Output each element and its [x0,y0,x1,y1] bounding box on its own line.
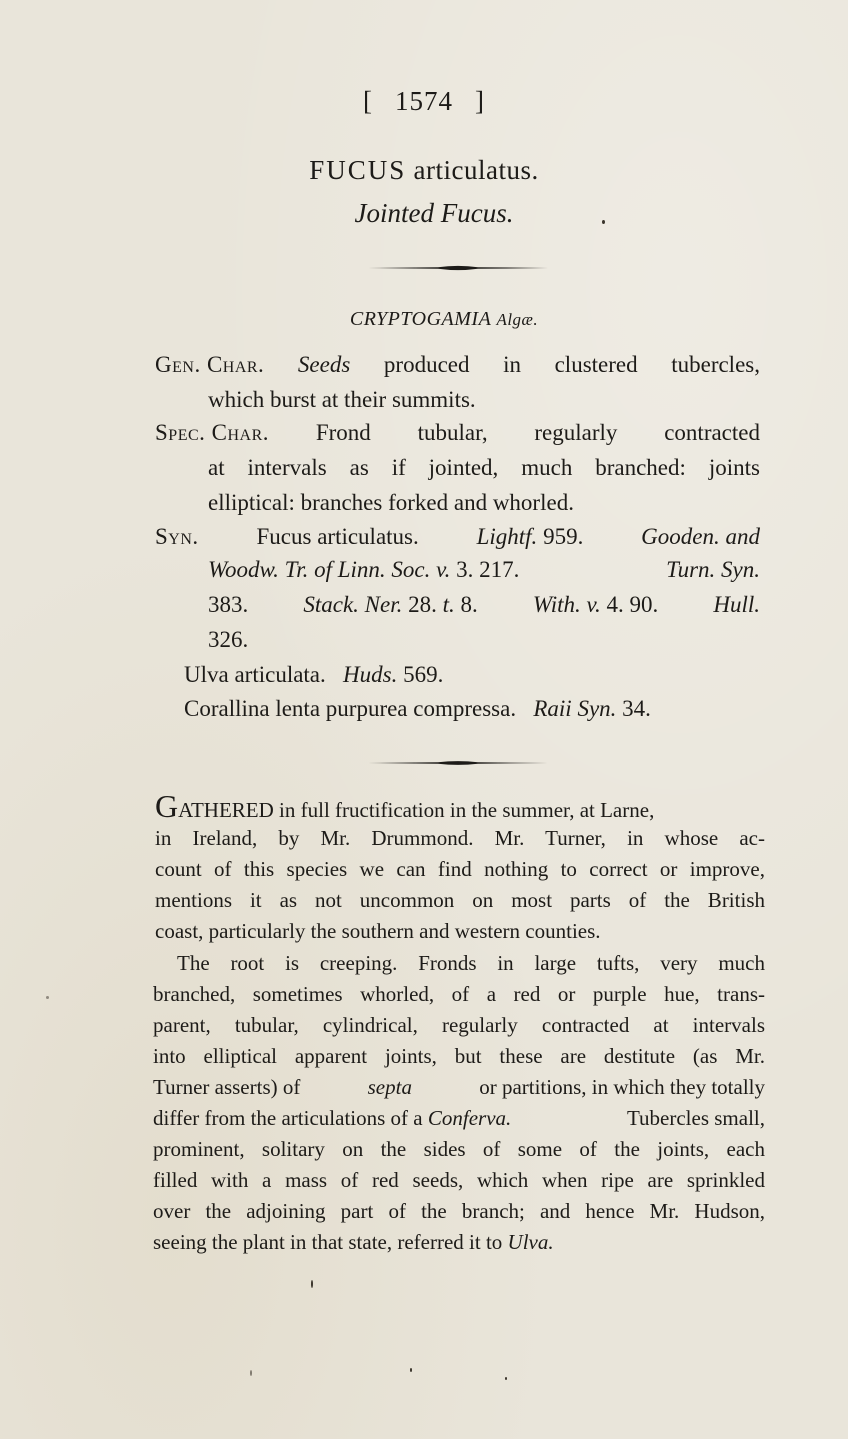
syn-label: Syn. [155,520,199,554]
reference-plate: t. [443,592,455,617]
text-word: Seeds [298,348,350,382]
description-paragraph-1-line-4: mentions it as not uncommon on most part… [155,888,765,913]
ornamental-rule-divider [368,758,548,768]
synonym-name: Ulva articulata. [184,662,326,687]
synonym-corallina: Corallina lenta purpurea compressa. Raii… [184,692,651,726]
reference-author: Lightf. [477,524,538,549]
description-paragraph-2-line-9: over the adjoining part of the branch; a… [153,1199,765,1224]
text-word: much [521,451,572,485]
reference-number: 569. [403,662,443,687]
drop-cap: G [155,788,178,824]
text-span: differ from the articulations of a [153,1106,423,1130]
text-word: contracted [664,416,760,450]
description-paragraph-1-line-5: coast, particularly the southern and wes… [155,919,601,944]
text-word: tubular, [418,416,488,450]
description-paragraph-2-line-10: seeing the plant in that state, referred… [153,1230,554,1255]
order-name: Algæ. [496,310,538,329]
reference-number: 383. [208,588,248,622]
gen-char-label: Gen. Char. [155,348,264,382]
paper-speck [410,1368,412,1372]
text-word: as [350,451,369,485]
text-word: in [503,348,521,382]
italic-term: Ulva. [508,1230,554,1254]
reference-number: 28. [408,592,437,617]
synonym-name: Corallina lenta purpurea compressa. [184,696,516,721]
text-word: tubercles, [671,348,760,382]
ornamental-rule-divider [368,263,548,273]
lead-word: ATHERED [178,798,274,822]
paper-speck [505,1377,507,1380]
description-paragraph-1-line-2: in Ireland, by Mr. Drummond. Mr. Turner,… [155,826,765,851]
description-paragraph-1-line-1: GATHERED in full fructification in the s… [155,790,654,823]
reference-number: 959. [543,524,583,549]
classification-line: CRYPTOGAMIA Algæ. [0,308,848,331]
reference-number: 34. [622,696,651,721]
italic-term: Conferva. [428,1106,511,1130]
reference-author: Gooden. and [641,520,760,554]
paper-speck [311,1280,313,1288]
page-number: [1574] [0,86,848,117]
page-number-value: 1574 [395,86,453,116]
description-paragraph-2-line-1: The root is creeping. Fronds in large tu… [177,951,765,976]
text-span: Turner asserts) of [153,1075,300,1100]
description-paragraph-2-line-4: into elliptical apparent joints, but the… [153,1044,765,1069]
text-word: regularly [534,416,617,450]
text-word: jointed, [429,451,499,485]
reference-number: 4. 90. [607,592,659,617]
italic-term: septa [368,1075,412,1100]
paper-speck [46,996,49,999]
text-word: clustered [555,348,638,382]
species-name: articulatus. [414,155,539,185]
bracket-open: [ [363,86,373,117]
synonym-line-4: 326. [208,623,248,657]
spec-char-label: Spec. Char. [155,416,269,450]
reference-author: Stack. Ner. [303,592,402,617]
text-word: produced [384,348,470,382]
paper-speck [250,1370,252,1376]
synonym-line-2: Woodw. Tr. of Linn. Soc. v. 3. 217. Turn… [208,553,760,587]
reference-author: Hull. [713,588,760,622]
synonym-ulva: Ulva articulata. Huds. 569. [184,658,443,692]
text-span: seeing the plant in that state, referred… [153,1230,502,1254]
common-name: Jointed Fucus. [0,198,848,229]
description-paragraph-1-line-3: count of this species we can find nothin… [155,857,765,882]
description-paragraph-2-line-3: parent, tubular, cylindrical, regularly … [153,1013,765,1038]
reference-author: Turn. Syn. [666,553,760,587]
text-line: in full fructification in the summer, at… [279,798,654,822]
genus-name: FUCUS [309,155,406,185]
description-paragraph-2-line-6: differ from the articulations of a Confe… [153,1106,765,1131]
text-word: joints [709,451,760,485]
description-paragraph-2-line-5: Turner asserts) of septa or partitions, … [153,1075,765,1100]
text-word: intervals [248,451,327,485]
class-name: CRYPTOGAMIA [350,308,491,330]
specific-character-line-1: Spec. Char. Frond tubular, regularly con… [155,416,760,450]
reference-author: With. v. [533,592,601,617]
text-word: branched: [595,451,686,485]
generic-character-line-2: which burst at their summits. [208,383,476,417]
specific-character-line-3: elliptical: branches forked and whorled. [208,486,574,520]
species-title: FUCUS articulatus. [0,155,848,186]
reference-author: Woodw. Tr. of Linn. Soc. v. [208,557,450,582]
synonym-line-3: 383. Stack. Ner. 28. t. 8. With. v. 4. 9… [208,588,760,622]
bracket-close: ] [475,86,485,117]
text-word: Frond [316,416,371,450]
text-word: at [208,451,225,485]
paper-speck [602,220,605,224]
synonym-line-1: Syn. Fucus articulatus. Lightf. 959. Goo… [155,520,760,554]
generic-character-line-1: Gen. Char. Seeds produced in clustered t… [155,348,760,382]
text-span: or partitions, in which they totally [479,1075,765,1100]
synonym-name: Fucus articulatus. [257,520,419,554]
description-paragraph-2-line-2: branched, sometimes whorled, of a red or… [153,982,765,1007]
reference-number: 3. 217. [456,557,519,582]
text-span: Tubercles small, [627,1106,765,1131]
reference-number: 8. [461,592,478,617]
description-paragraph-2-line-7: prominent, solitary on the sides of some… [153,1137,765,1162]
reference-author: Huds. [343,662,397,687]
specific-character-line-2: at intervals as if jointed, much branche… [208,451,760,485]
text-word: if [392,451,406,485]
description-paragraph-2-line-8: filled with a mass of red seeds, which w… [153,1168,765,1193]
book-page: [1574] FUCUS articulatus. Jointed Fucus.… [0,0,848,1439]
reference-author: Raii Syn. [533,696,616,721]
